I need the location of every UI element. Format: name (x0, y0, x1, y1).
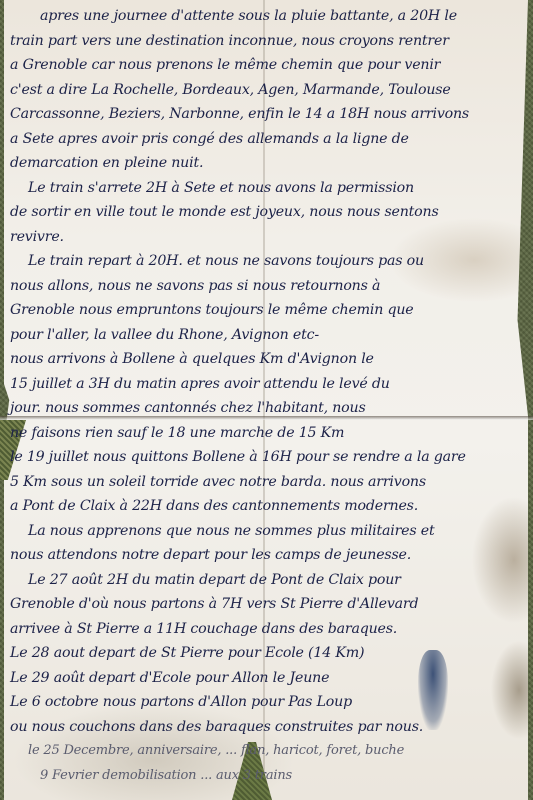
letter-line-pencil: le 25 Decembre, anniversaire, ... flan, … (0, 739, 533, 764)
letter-line: ne faisons rien sauf le 18 une marche de… (0, 421, 533, 446)
letter-line: 5 Km sous un soleil torride avec notre b… (0, 470, 533, 495)
letter-line: arrivee à St Pierre a 11H couchage dans … (0, 617, 533, 642)
letter-line: nous arrivons à Bollene à quelques Km d'… (0, 347, 533, 372)
letter-line: Carcassonne, Beziers, Narbonne, enfin le… (0, 102, 533, 127)
letter-line: apres une journee d'attente sous la plui… (0, 4, 533, 29)
letter-line: train part vers une destination inconnue… (0, 29, 533, 54)
letter-line: Le 28 aout depart de St Pierre pour Ecol… (0, 641, 533, 666)
letter-line: c'est a dire La Rochelle, Bordeaux, Agen… (0, 78, 533, 103)
letter-line: a Sete apres avoir pris congé des allema… (0, 127, 533, 152)
letter-line: Le 6 octobre nous partons d'Allon pour P… (0, 690, 533, 715)
letter-line: demarcation en pleine nuit. (0, 151, 533, 176)
letter-line: ou nous couchons dans des baraques const… (0, 715, 533, 740)
letter-line: Grenoble nous empruntons toujours le mêm… (0, 298, 533, 323)
letter-line: Le 29 août depart d'Ecole pour Allon le … (0, 666, 533, 691)
letter-line: de sortir en ville tout le monde est joy… (0, 200, 533, 225)
handwritten-letter-text: apres une journee d'attente sous la plui… (0, 4, 533, 788)
letter-line: Grenoble d'où nous partons à 7H vers St … (0, 592, 533, 617)
letter-line: a Pont de Claix à 22H dans des cantonnem… (0, 494, 533, 519)
letter-line: a Grenoble car nous prenons le même chem… (0, 53, 533, 78)
letter-line: revivre. (0, 225, 533, 250)
letter-line: Le train s'arrete 2H à Sete et nous avon… (0, 176, 533, 201)
letter-line: nous allons, nous ne savons pas si nous … (0, 274, 533, 299)
letter-line: jour. nous sommes cantonnés chez l'habit… (0, 396, 533, 421)
letter-line: Le 27 août 2H du matin depart de Pont de… (0, 568, 533, 593)
letter-line: 15 juillet a 3H du matin apres avoir att… (0, 372, 533, 397)
letter-line: pour l'aller, la vallee du Rhone, Avigno… (0, 323, 533, 348)
letter-line: Le train repart à 20H. et nous ne savons… (0, 249, 533, 274)
letter-line-pencil: 9 Fevrier demobilisation ... aux 3 train… (0, 764, 533, 789)
letter-line: La nous apprenons que nous ne sommes plu… (0, 519, 533, 544)
letter-line: le 19 juillet nous quittons Bollene à 16… (0, 445, 533, 470)
letter-line: nous attendons notre depart pour les cam… (0, 543, 533, 568)
